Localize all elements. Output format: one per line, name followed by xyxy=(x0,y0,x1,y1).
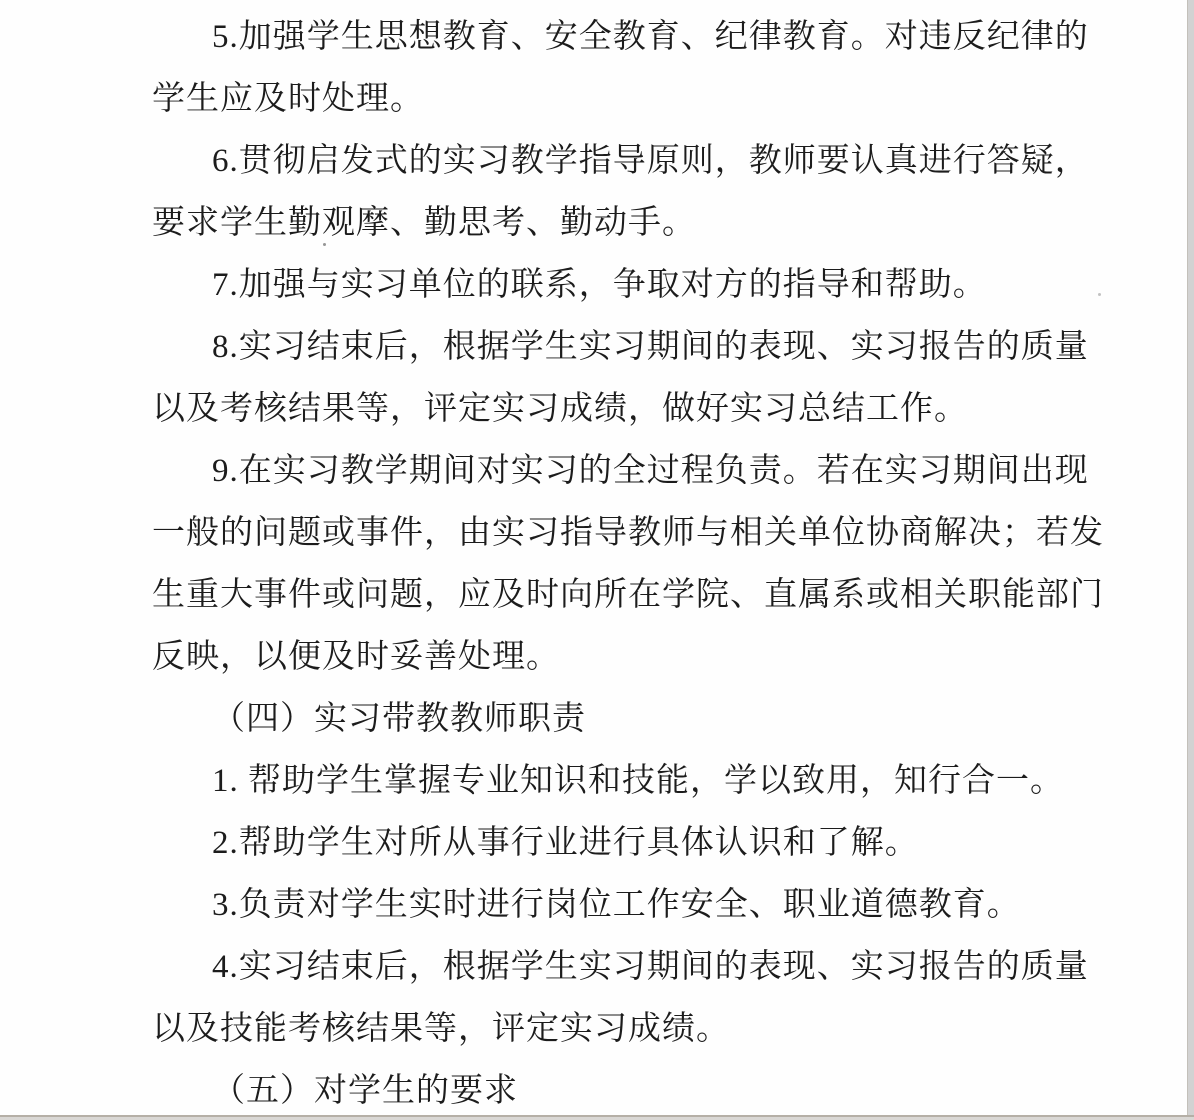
doc-line: 以及考核结果等，评定实习成绩，做好实习总结工作。 xyxy=(152,378,1112,440)
doc-line: 要求学生勤观摩、勤思考、勤动手。 xyxy=(152,192,1112,254)
doc-line: 学生应及时处理。 xyxy=(152,68,1112,130)
doc-line: 反映，以便及时妥善处理。 xyxy=(152,626,1112,688)
doc-section-heading: （四）实习带教教师职责 xyxy=(152,688,1112,750)
scan-speck xyxy=(323,243,326,246)
document-text-block: 5.加强学生思想教育、安全教育、纪律教育。对违反纪律的 学生应及时处理。 6.贯… xyxy=(152,6,1112,1120)
scan-speck xyxy=(1098,293,1101,296)
doc-line: 以及技能考核结果等，评定实习成绩。 xyxy=(152,998,1112,1060)
doc-line: 一般的问题或事件，由实习指导教师与相关单位协商解决；若发 xyxy=(152,502,1112,564)
doc-section-heading: （五）对学生的要求 xyxy=(152,1060,1112,1120)
doc-line: 5.加强学生思想教育、安全教育、纪律教育。对违反纪律的 xyxy=(152,6,1112,68)
doc-line: 7.加强与实习单位的联系，争取对方的指导和帮助。 xyxy=(152,254,1112,316)
scan-edge-right xyxy=(1187,0,1194,1120)
doc-line: 8.实习结束后，根据学生实习期间的表现、实习报告的质量 xyxy=(152,316,1112,378)
scanned-document-page: 5.加强学生思想教育、安全教育、纪律教育。对违反纪律的 学生应及时处理。 6.贯… xyxy=(0,0,1188,1115)
doc-line: 4.实习结束后，根据学生实习期间的表现、实习报告的质量 xyxy=(152,936,1112,998)
doc-line: 6.贯彻启发式的实习教学指导原则，教师要认真进行答疑， xyxy=(152,130,1112,192)
doc-line: 生重大事件或问题，应及时向所在学院、直属系或相关职能部门 xyxy=(152,564,1112,626)
doc-line: 1. 帮助学生掌握专业知识和技能，学以致用，知行合一。 xyxy=(152,750,1112,812)
doc-line: 2.帮助学生对所从事行业进行具体认识和了解。 xyxy=(152,812,1112,874)
doc-line: 3.负责对学生实时进行岗位工作安全、职业道德教育。 xyxy=(152,874,1112,936)
doc-line: 9.在实习教学期间对实习的全过程负责。若在实习期间出现 xyxy=(152,440,1112,502)
scan-edge-bottom xyxy=(0,1115,1194,1120)
